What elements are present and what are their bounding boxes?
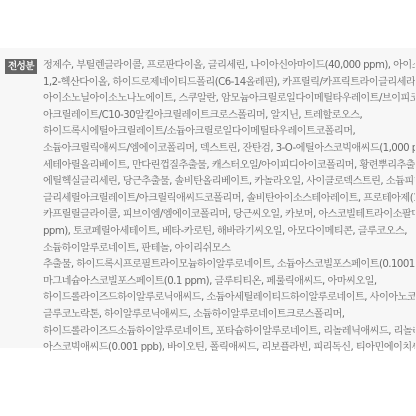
ingredients-line: 카프릴릴글라이콜, 피브이엠/엠에이코폴리머, 당근씨오일, 카보머, 아스코빌… <box>43 207 415 224</box>
ingredients-line: ppm), 토코페릴아세테이트, 베타-카로틴, 해바라기씨오일, 아모다이메티… <box>43 224 415 241</box>
ingredients-line: 에틸헥실글리세린, 당근추출물, 솔비탄올리베이트, 카놀라오일, 사이클로덱스… <box>43 174 415 191</box>
ingredients-line: 하이드롤라이즈드하이알루로닉애씨드, 소듐아세틸레이티드하이알루로네이트, 사이… <box>43 290 415 307</box>
ingredients-line: 아크릴레이트/C10-30알킬아크릴레이트크로스폴리머, 알지닌, 트레할로오스… <box>43 108 415 125</box>
ingredients-line: 정제수, 부틸렌글라이콜, 프로판다이올, 글리세린, 나이아신아마이드(40,… <box>43 58 415 75</box>
ingredients-line: 글리세릴아크릴레이트/아크릴릭애씨드코폴리머, 솔비탄아이소스테아레이트, 프로… <box>43 191 415 208</box>
ingredients-line: 소듐하이알루로네이트, 판테놀, 아이리쉬모스 <box>43 241 415 258</box>
ingredients-line: 하이드록시에틸아크릴레이트/소듐아크릴로일다이메틸타우레이트코폴리머, <box>43 124 415 141</box>
ingredients-line: 세테아릴올리베이트, 만다린껍질추출물, 캐스터오일/아이피디아이코폴리머, 황… <box>43 158 415 175</box>
ingredients-line: 아이소노닐아이소노나노에이트, 스쿠알란, 암모늄아크릴로일다이메틸타우레이트/… <box>43 91 415 108</box>
ingredients-label-badge: 전성분 <box>5 59 37 74</box>
ingredients-list: 정제수, 부틸렌글라이콜, 프로판다이올, 글리세린, 나이아신아마이드(40,… <box>43 58 415 357</box>
ingredients-line: 아스코빅애씨드(0.001 ppb), 바이오틴, 폴릭애씨드, 리보플라빈, … <box>43 340 415 357</box>
ingredients-line: 1,2-헥산다이올, 하이드로제네이티드폴리(C6-14올레핀), 카프릴릭/카… <box>43 75 415 92</box>
ingredients-line: 마그네슘아스코빌포스페이트(0.1 ppm), 글루티티온, 페룰릭애씨드, 아… <box>43 274 415 291</box>
ingredients-line: 소듐아크릴릭애씨드/엠에이코폴리머, 덱스트린, 잔탄검, 3-O-에틸아스코빅… <box>43 141 415 158</box>
ingredients-line: 글루코노락톤, 하이알루로닉애씨드, 소듐하이알루로네이트크로스폴리머, <box>43 307 415 324</box>
ingredients-line: 추출물, 하이드록시프로필트라이모늄하이알루로네이트, 소듐아스코빌포스페이트(… <box>43 257 415 274</box>
ingredients-line: 하이드롤라이즈드소듐하이알루로네이트, 포타슘하이알루로네이트, 리놀레닉애씨드… <box>43 324 415 341</box>
